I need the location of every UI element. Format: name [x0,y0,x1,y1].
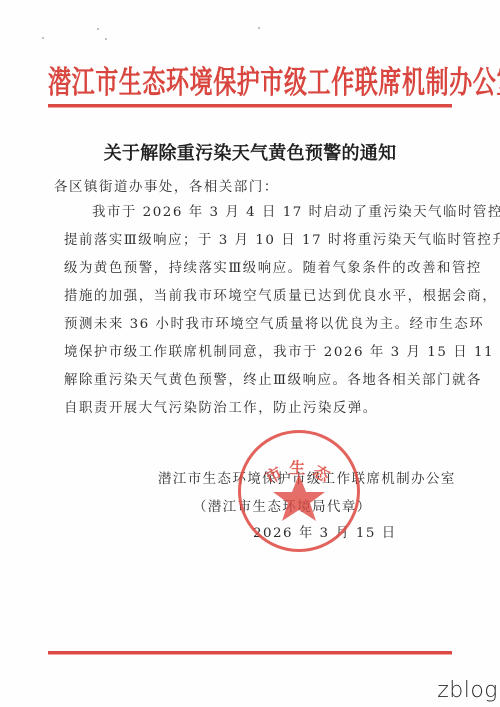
watermark-text: zblog [437,678,498,703]
scan-speck [42,37,44,39]
body-line: 级为黄色预警，持续落实Ⅲ级响应。随着气象条件的改善和管控 [64,259,464,287]
body-line: 自职责开展大气污染防治工作，防止污染反弹。 [64,399,464,427]
body-line: 我市于 2026 年 3 月 4 日 17 时启动了重污染天气临时管控， [64,203,464,231]
footer-divider [48,651,452,654]
letterhead-organization: 潜江市生态环境保护市级工作联席机制办公室 [48,58,452,103]
salutation: 各区镇街道办事处，各相关部门： [54,176,279,195]
document-body: 我市于 2026 年 3 月 4 日 17 时启动了重污染天气临时管控， 提前落… [64,203,464,427]
body-line: 解除重污染天气黄色预警，终止Ⅲ级响应。各地各相关部门就各 [64,371,464,399]
signature-organization: 潜江市生态环境保护市级工作联席机制办公室 [158,468,456,487]
scan-speck [105,38,107,40]
signature-date: 2026 年 3 月 15 日 [253,522,397,541]
scan-speck [258,27,260,29]
document-page: 潜江市生态环境保护市级工作联席机制办公室 关于解除重污染天气黄色预警的通知 各区… [0,0,500,707]
body-line: 措施的加强，当前我市环境空气质量已达到优良水平，根据会商， [64,287,464,315]
document-title: 关于解除重污染天气黄色预警的通知 [0,139,500,165]
body-line: 境保护市级工作联席机制同意，我市于 2026 年 3 月 15 日 11 时 [64,343,464,371]
scan-speck [97,28,99,30]
signature-seal-note: （潜江市生态环境局代章） [193,496,372,515]
body-line: 预测未来 36 小时我市环境空气质量将以优良为主。经市生态环 [64,315,464,343]
letterhead-divider [48,104,452,107]
body-line: 提前落实Ⅲ级响应；于 3 月 10 日 17 时将重污染天气临时管控升 [64,231,464,259]
